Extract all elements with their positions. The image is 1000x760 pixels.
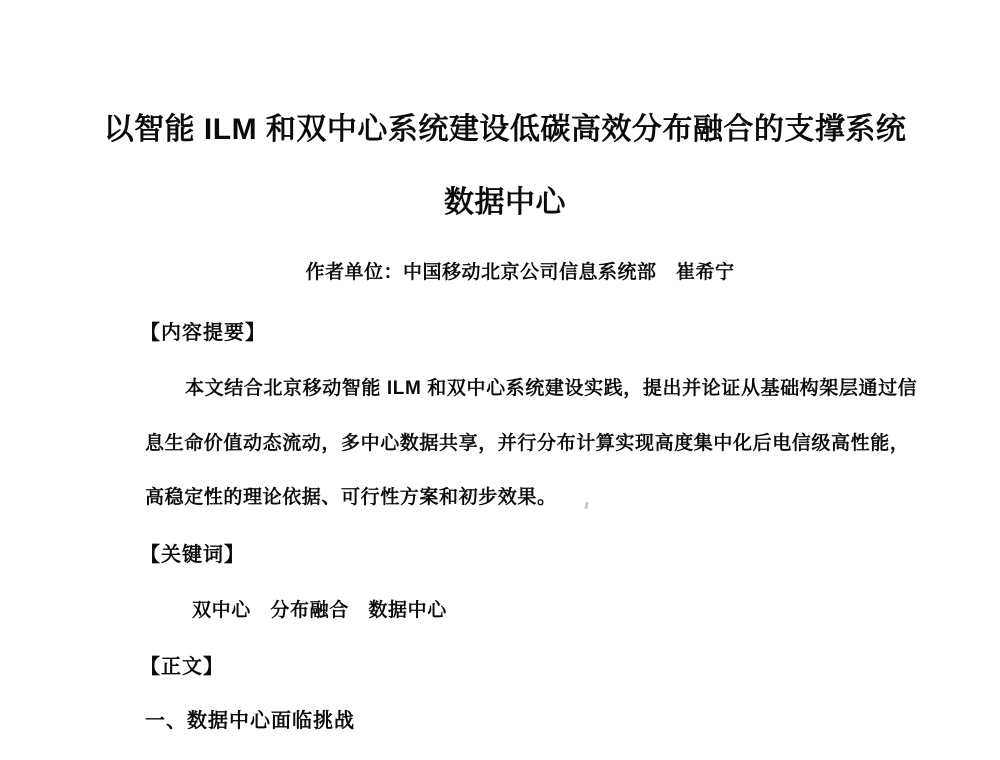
document-page: 以智能 ILM 和双中心系统建设低碳高效分布融合的支撑系统 数据中心 作者单位：…: [0, 0, 1000, 760]
abstract-text-line: 息生命价值动态流动，多中心数据共享，并行分布计算实现高度集中化后电信级高性能，: [145, 428, 885, 455]
chapter-one-heading: 一、数据中心面临挑战: [145, 704, 355, 733]
article-title-line-1: 以智能 ILM 和双中心系统建设低碳高效分布融合的支撑系统: [10, 104, 1000, 148]
main-text-section-heading: 【正文】: [140, 650, 224, 679]
author-affiliation-line: 作者单位：中国移动北京公司信息系统部 崔希宁: [30, 257, 1000, 284]
keywords-text: 双中心 分布融合 数据中心: [192, 595, 447, 622]
abstract-text-line: 本文结合北京移动智能 ILM 和双中心系统建设实践，提出并论证从基础构架层通过信: [145, 373, 885, 400]
abstract-section-heading: 【内容提要】: [140, 316, 266, 345]
article-title-line-2: 数据中心: [10, 177, 1000, 221]
abstract-text-line: 高稳定性的理论依据、可行性方案和初步效果。: [145, 482, 885, 509]
keywords-section-heading: 【关键词】: [140, 538, 245, 567]
